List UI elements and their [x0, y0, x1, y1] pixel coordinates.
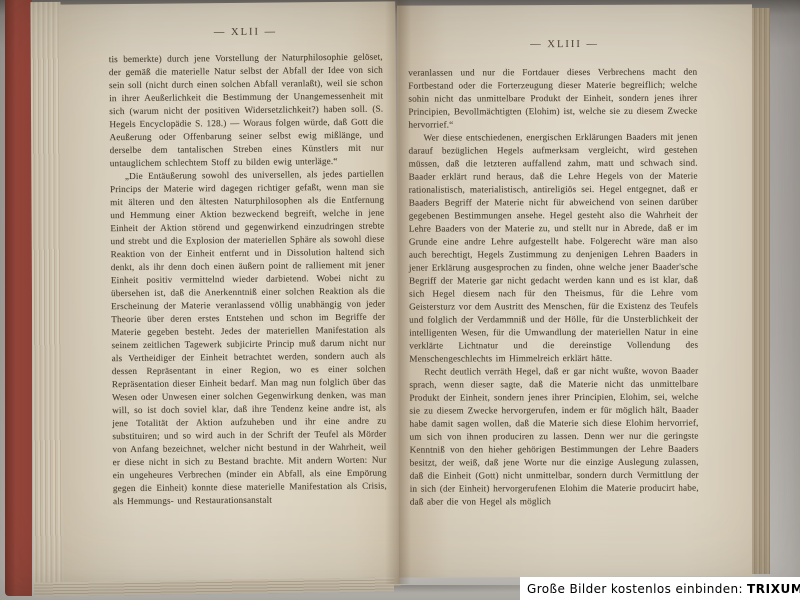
paragraph: veranlassen und nur die Fortdauer dieses… [408, 66, 697, 132]
watermark-banner: Große Bilder kostenlos einbinden: TRIXUM… [520, 577, 800, 600]
page-edges-right [752, 8, 770, 574]
right-page: — XLIII — veranlassen und nur die Fortda… [397, 4, 754, 577]
watermark-text: Große Bilder kostenlos einbinden: [527, 582, 743, 596]
paragraph: Wer diese entschiedenen, energischen Erk… [408, 131, 698, 366]
left-page: — XLII — tis bemerkte) durch jene Vorste… [58, 1, 401, 588]
watermark-brand: TRIXUM.DE [747, 582, 800, 596]
left-page-text: tis bemerkte) durch jene Vorstellung der… [109, 51, 387, 509]
paragraph: Recht deutlich verräth Hegel, daß er gar… [409, 365, 698, 509]
book-cover-right [769, 5, 789, 577]
book-photo: — XLII — tis bemerkte) durch jene Vorste… [0, 0, 800, 600]
left-page-number: — XLII — [108, 26, 382, 40]
paragraph: „Die Entäußerung sowohl des universellen… [110, 168, 387, 509]
book-cover-left [5, 0, 32, 596]
right-page-number: — XLIII — [420, 39, 709, 51]
paragraph: tis bemerkte) durch jene Vorstellung der… [109, 51, 384, 171]
right-page-text: veranlassen und nur die Fortdauer dieses… [408, 66, 699, 509]
